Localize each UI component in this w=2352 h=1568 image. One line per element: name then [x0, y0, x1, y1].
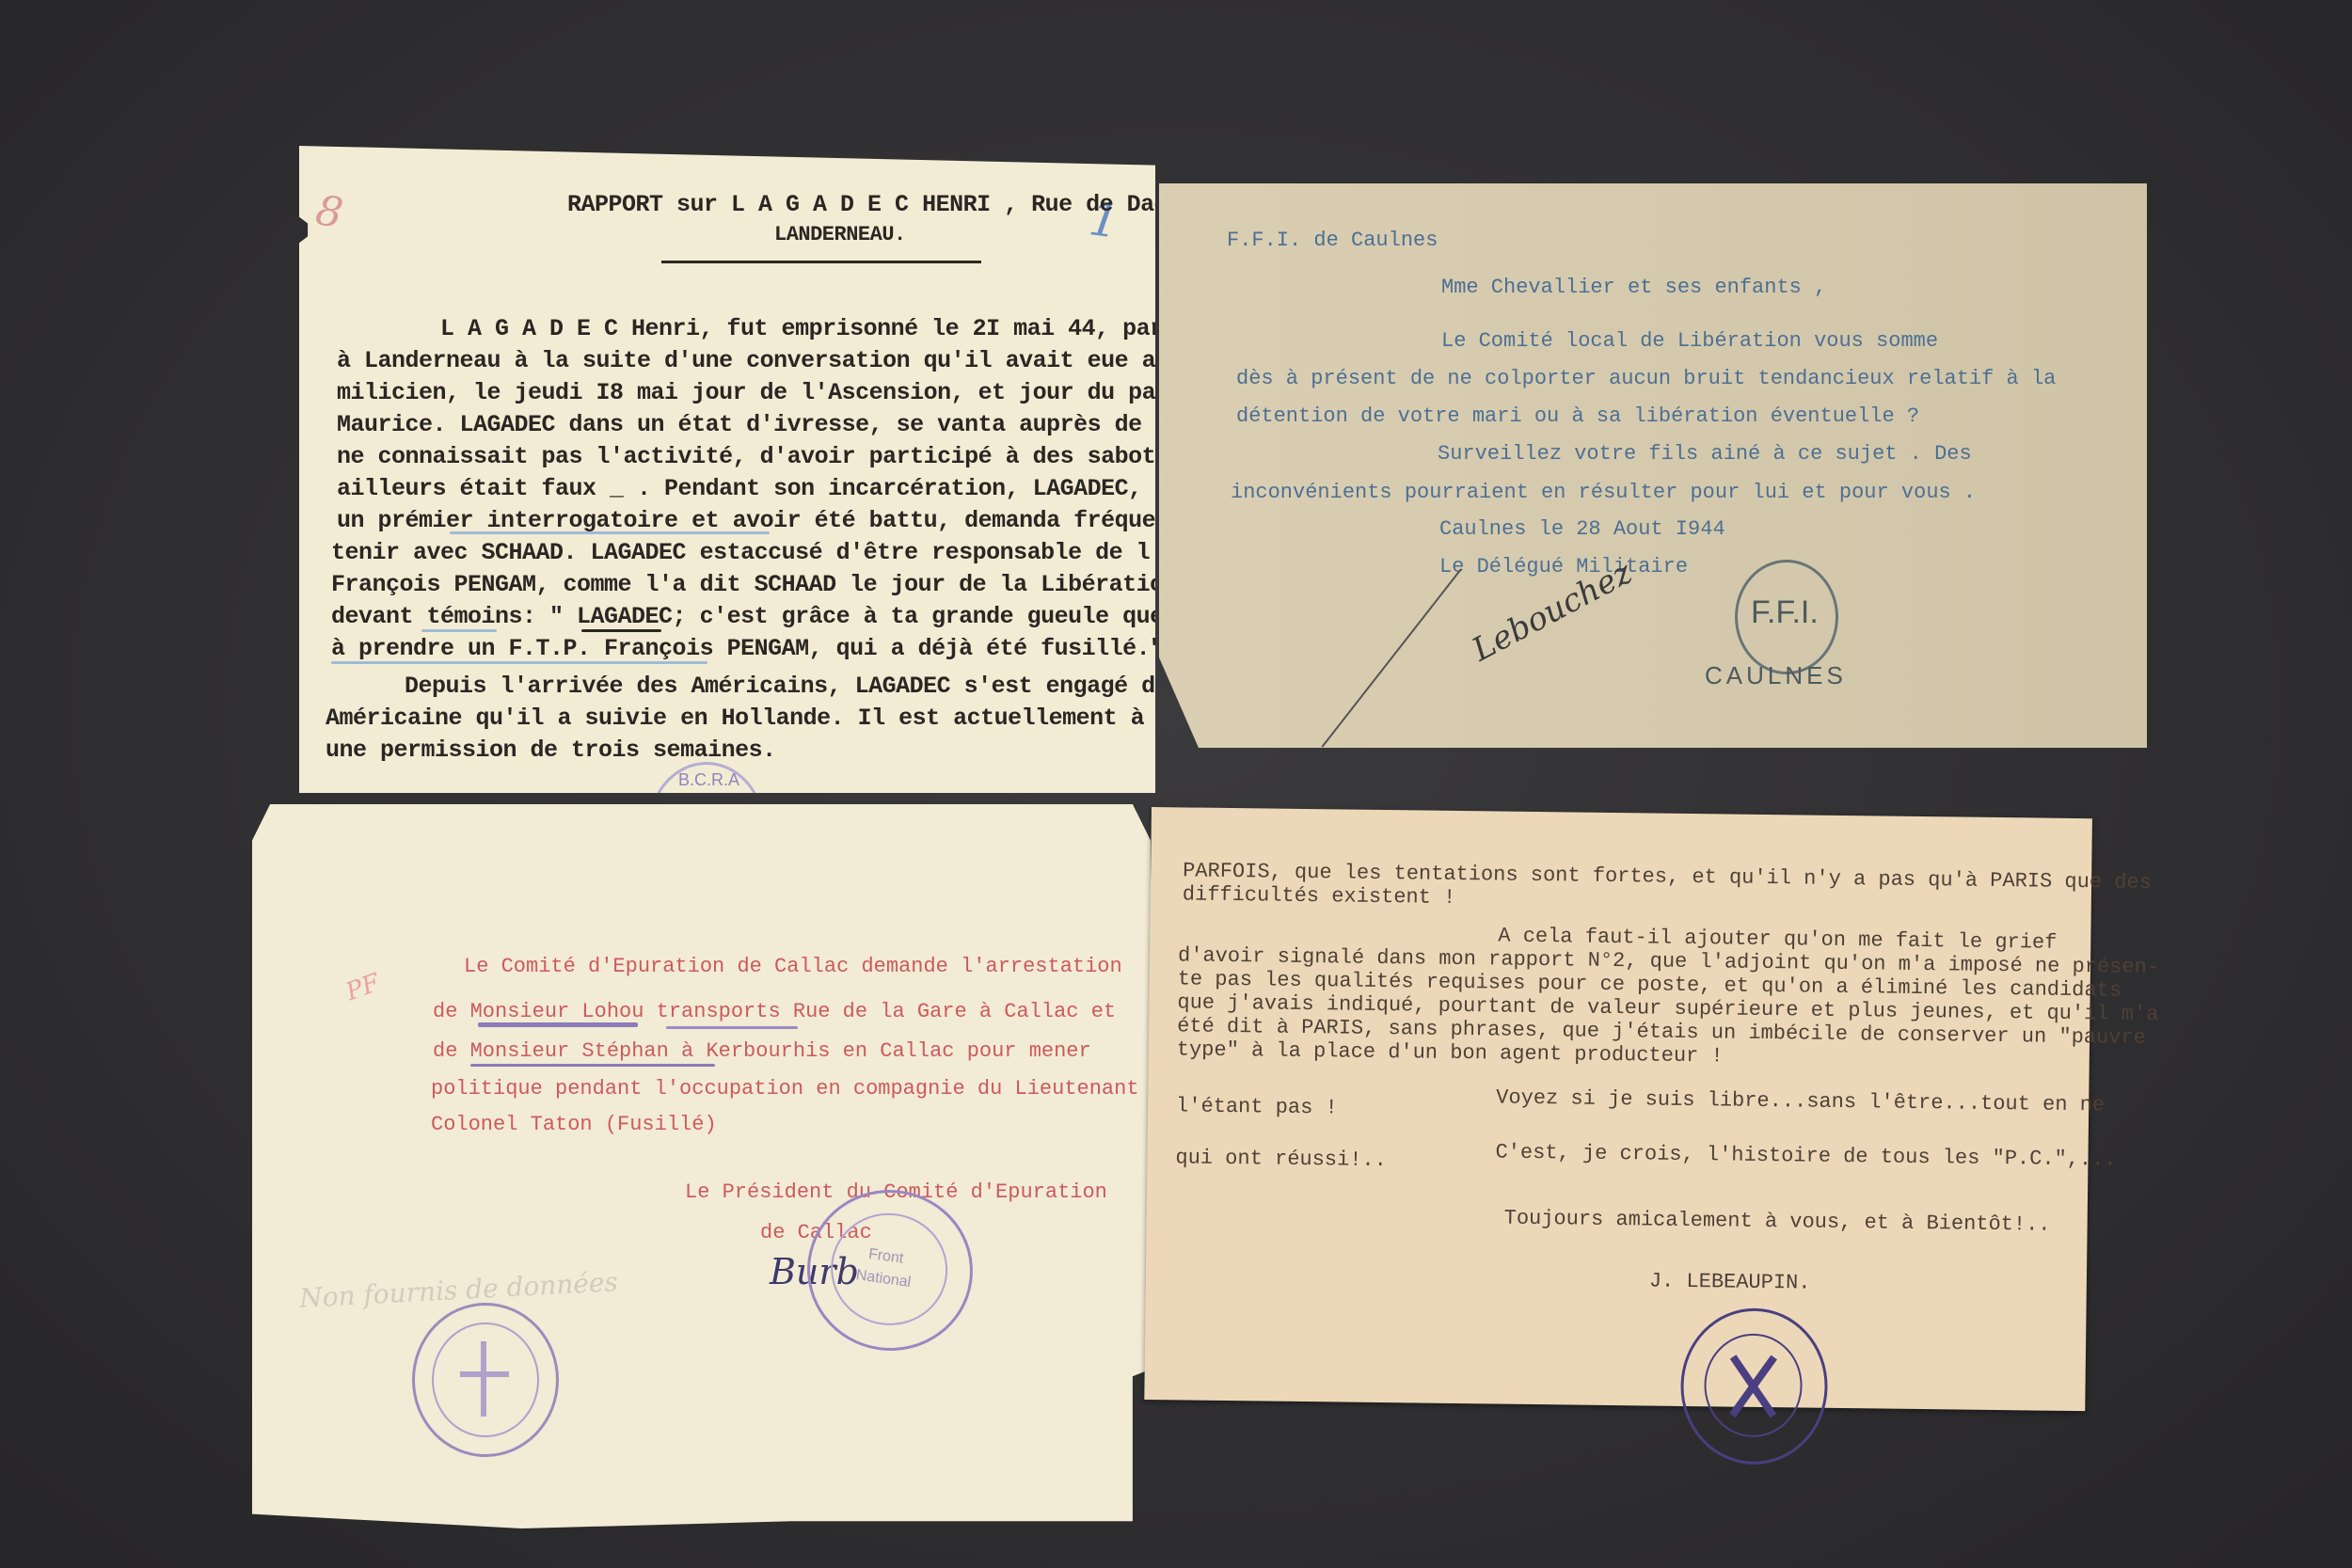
letter-line: Surveillez votre fils ainé à ce sujet . …	[1438, 442, 1972, 466]
epuration-line: politique pendant l'occupation en compag…	[431, 1077, 1139, 1101]
document-lettre-lebeaupin: PARFOIS, que les tentations sont fortes,…	[1144, 807, 2092, 1411]
document-ffi-caulnes: F.F.I. de Caulnes Mme Chevallier et ses …	[1159, 183, 2147, 748]
document-comite-epuration: PF Le Comité d'Epuration de Callac deman…	[252, 804, 1151, 1528]
letter-signatory: Le Délégué Militaire	[1439, 555, 1688, 578]
letter-line: Le Comité local de Libération vous somme	[1441, 329, 1938, 353]
epuration-line: de Monsieur Lohou transports Rue de la G…	[433, 1000, 1116, 1023]
report-line: à prendre un F.T.P. François PENGAM, qui…	[331, 635, 1164, 662]
title-underline	[661, 261, 981, 263]
letter-line: dès à présent de ne colporter aucun brui…	[1236, 367, 2056, 390]
epuration-line: Le Comité d'Epuration de Callac demande …	[464, 955, 1122, 978]
letter-signature: J. LEBEAUPIN.	[1649, 1269, 1811, 1294]
letter-line: C'est, je crois, l'histoire de tous les …	[1495, 1140, 2116, 1171]
signature-stroke	[1321, 568, 1461, 747]
letter-header: F.F.I. de Caulnes	[1227, 229, 1438, 252]
report-title-city: LANDERNEAU.	[774, 223, 906, 246]
blue-underline	[450, 531, 770, 534]
purple-underline	[470, 1064, 715, 1067]
letter-line: difficultés existent !	[1183, 882, 1456, 910]
letter-line: Voyez si je suis libre...sans l'être...t…	[1496, 1085, 2105, 1117]
letter-closing: Toujours amicalement à vous, et à Bientô…	[1504, 1207, 2051, 1237]
letter-line: qui ont réussi!..	[1175, 1146, 1387, 1172]
grande-gueule-underline	[581, 629, 661, 632]
letter-line: détention de votre mari ou à sa libérati…	[1236, 404, 1919, 428]
front-national-stamp: Front National	[797, 1180, 983, 1362]
margin-mark: 8	[312, 186, 346, 238]
epuration-line: de Monsieur Stéphan à Kerbourhis en Call…	[433, 1039, 1091, 1063]
blue-underline	[421, 629, 497, 632]
blue-underline	[331, 661, 707, 664]
report-line: une permission de trois semaines.	[326, 736, 776, 764]
letter-line: inconvénients pourraient en résulter pou…	[1231, 481, 1976, 504]
stamp-caulnes-text: CAULNES	[1705, 661, 1847, 690]
document-rapport-lagadec: 8 1 RAPPORT sur L A G A D E C HENRI , Ru…	[299, 146, 1155, 793]
margin-mark: PF	[342, 969, 384, 1006]
pencil-note: Non fournis de données	[298, 1266, 618, 1314]
cross-of-lorraine-icon	[481, 1341, 486, 1417]
report-title: RAPPORT sur L A G A D E C HENRI , Rue de…	[567, 191, 1222, 218]
ffi-stamp: F.F.I.	[1735, 560, 1838, 674]
purple-underline	[666, 1026, 798, 1029]
letter-salutation: Mme Chevallier et ses enfants ,	[1441, 276, 1826, 299]
etat-major-stamp	[412, 1303, 559, 1457]
epuration-line: Colonel Taton (Fusillé)	[431, 1113, 717, 1136]
letter-line: l'étant pas !	[1176, 1094, 1338, 1119]
purple-underline	[478, 1022, 638, 1027]
etat-major-stamp	[1680, 1307, 1829, 1465]
letter-date: Caulnes le 28 Aout I944	[1439, 517, 1725, 541]
